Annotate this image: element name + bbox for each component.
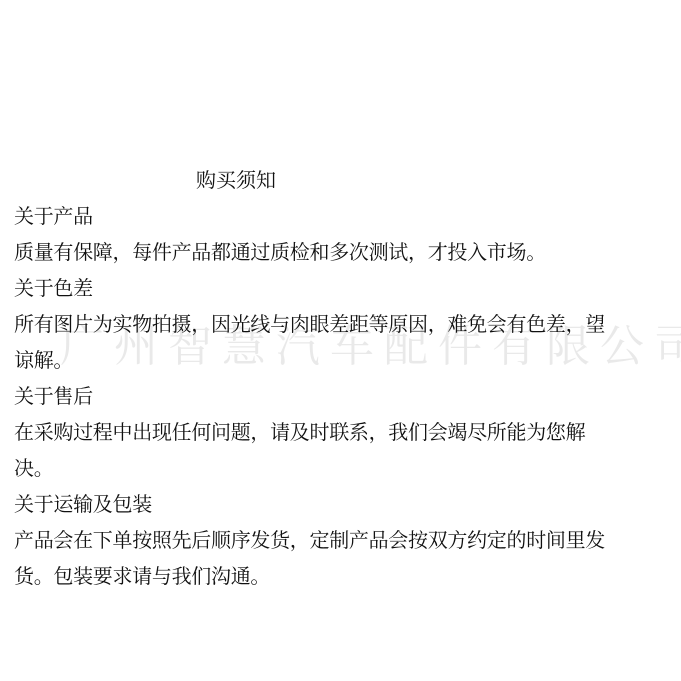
section-heading-color: 关于色差 [14,275,93,301]
section-text-product: 质量有保障，每件产品都通过质检和多次测试，才投入市场。 [14,239,546,265]
section-text-color-1: 所有图片为实物拍摄，因光线与肉眼差距等原因，难免会有色差，望 [14,311,605,337]
section-text-aftersales-1: 在采购过程中出现任何问题，请及时联系，我们会竭尽所能为您解 [14,419,585,445]
section-heading-shipping: 关于运输及包装 [14,491,152,517]
section-text-color-2: 谅解。 [14,347,73,373]
section-text-shipping-2: 货。包装要求请与我们沟通。 [14,563,270,589]
section-text-aftersales-2: 决。 [14,455,53,481]
page-title: 购买须知 [196,167,276,193]
section-heading-product: 关于产品 [14,203,93,229]
section-heading-aftersales: 关于售后 [14,383,93,409]
section-text-shipping-1: 产品会在下单按照先后顺序发货，定制产品会按双方约定的时间里发 [14,527,605,553]
